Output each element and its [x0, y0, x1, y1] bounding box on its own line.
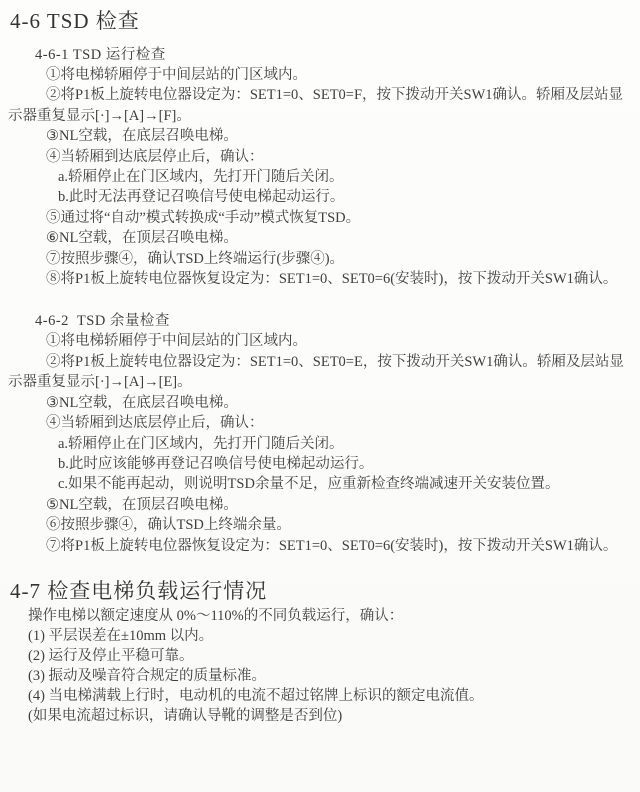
list-item: ④当轿厢到达底层停止后，确认： [8, 413, 628, 433]
note-paragraph: (如果电流超过标识，请确认导靴的调整是否到位) [28, 706, 626, 726]
check-item: (1) 平层误差在±10mm 以内。 [28, 626, 626, 646]
list-item: ⑤通过将“自动”模式转换成“手动”模式恢复TSD。 [8, 208, 628, 228]
list-subitem: b.此时应该能够再登记召唤信号使电梯起动运行。 [8, 454, 628, 474]
subsection-heading-4-6-2: 4-6-2 TSD 余量检查 [0, 311, 640, 331]
list-item: ⑥NL空载，在顶层召唤电梯。 [8, 228, 628, 248]
list-subitem: c.如果不能再起动，则说明TSD余量不足，应重新检查终端减速开关安装位置。 [8, 474, 628, 494]
list-item: ③NL空载，在底层召唤电梯。 [8, 393, 628, 413]
intro-paragraph: 操作电梯以额定速度从 0%～110%的不同负载运行，确认： [28, 606, 626, 626]
list-item: ⑦将P1板上旋转电位器恢复设定为：SET1=0、SET0=6(安装时)，按下拨动… [8, 536, 628, 556]
procedure-list-4-6-1: ①将电梯轿厢停于中间层站的门区域内。 ②将P1板上旋转电位器设定为：SET1=0… [0, 65, 640, 289]
list-item: ②将P1板上旋转电位器设定为：SET1=0、SET0=F，按下拨动开关SW1确认… [8, 85, 628, 126]
list-item: ③NL空载，在底层召唤电梯。 [8, 126, 628, 146]
list-subitem: b.此时无法再登记召唤信号使电梯起动运行。 [8, 187, 628, 207]
section-heading-4-7: 4-7 检查电梯负载运行情况 [0, 576, 640, 606]
list-item: ⑦按照步骤④，确认TSD上终端运行(步骤④)。 [8, 249, 628, 269]
load-run-check-section: 操作电梯以额定速度从 0%～110%的不同负载运行，确认： (1) 平层误差在±… [0, 606, 640, 726]
list-item: ⑤NL空载，在顶层召唤电梯。 [8, 495, 628, 515]
list-item: ①将电梯轿厢停于中间层站的门区域内。 [8, 65, 628, 85]
list-item: ②将P1板上旋转电位器设定为：SET1=0、SET0=E，按下拨动开关SW1确认… [8, 352, 628, 393]
check-item: (2) 运行及停止平稳可靠。 [28, 646, 626, 666]
list-item: ⑧将P1板上旋转电位器恢复设定为：SET1=0、SET0=6(安装时)，按下拨动… [8, 269, 628, 289]
list-item: ①将电梯轿厢停于中间层站的门区域内。 [8, 331, 628, 351]
section-heading-4-6: 4-6 TSD 检查 [0, 7, 640, 35]
subsection-heading-4-6-1: 4-6-1 TSD 运行检查 [0, 45, 640, 65]
list-subitem: a.轿厢停止在门区域内，先打开门随后关闭。 [8, 167, 628, 187]
list-subitem: a.轿厢停止在门区域内，先打开门随后关闭。 [8, 434, 628, 454]
list-item: ④当轿厢到达底层停止后，确认： [8, 147, 628, 167]
list-item: ⑥按照步骤④，确认TSD上终端余量。 [8, 515, 628, 535]
document-page: 4-6 TSD 检查 4-6-1 TSD 运行检查 ①将电梯轿厢停于中间层站的门… [0, 0, 640, 792]
check-item: (4) 当电梯满载上行时，电动机的电流不超过铭牌上标识的额定电流值。 [28, 686, 626, 706]
check-item: (3) 振动及噪音符合规定的质量标准。 [28, 666, 626, 686]
procedure-list-4-6-2: ①将电梯轿厢停于中间层站的门区域内。 ②将P1板上旋转电位器设定为：SET1=0… [0, 331, 640, 555]
